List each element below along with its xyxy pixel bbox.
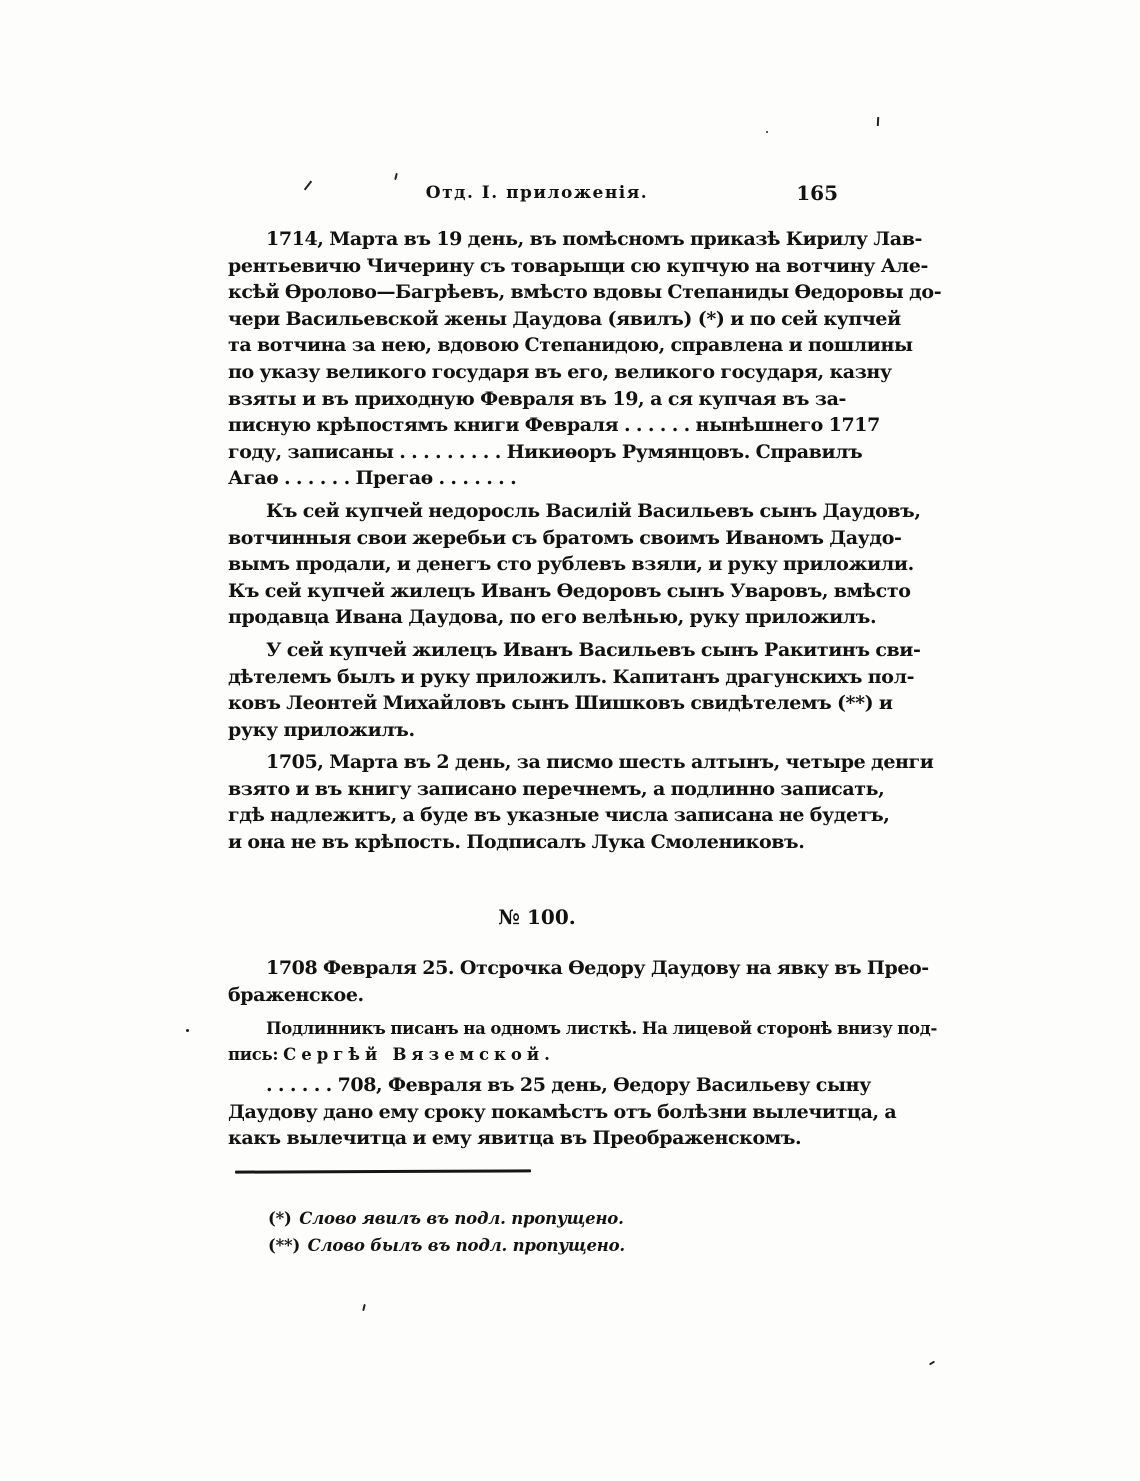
paragraph-fee-1705: 1705, Марта въ 2 день, за писмо шесть ал…	[228, 749, 846, 855]
text-line: дѣтелемъ былъ и руку приложилъ. Капитанъ…	[228, 664, 846, 691]
scan-artifact-margin-dot	[186, 1029, 189, 1032]
text-line: взяты и въ приходную Февраля въ 19, а ся…	[228, 386, 846, 413]
scan-artifact-dot	[766, 131, 768, 133]
text-line: рентьевичю Чичерину съ товарыщи сю купчу…	[228, 253, 846, 280]
text-line: пись: Сергѣй Вяземской.	[228, 1042, 846, 1068]
footnote-2-text-end: въ подл. пропущено.	[422, 1236, 625, 1255]
footnote-separator-rule	[235, 1169, 531, 1173]
text-line: Подлинникъ писанъ на одномъ листкѣ. На л…	[228, 1016, 846, 1042]
paragraph-signatories-1: Къ сей купчей недоросль Василій Васильев…	[228, 498, 846, 631]
paragraph-deed-1714: 1714, Марта въ 19 день, въ помѣсномъ при…	[228, 226, 846, 492]
footnotes-block: (*) Слово явилъ въ подл. пропущено. (**)…	[268, 1205, 846, 1259]
text-line: ковъ Леонтей Михайловъ сынъ Шишковъ свид…	[228, 690, 846, 717]
text-line: взято и въ книгу записано перечнемъ, а п…	[228, 776, 846, 803]
document-100-body: . . . . . . 708, Февраля въ 25 день, Ѳед…	[228, 1072, 846, 1152]
text-line: вымъ продали, и денегъ сто рублевъ взяли…	[228, 551, 846, 578]
signature-name: Сергѣй Вяземской.	[283, 1045, 555, 1064]
text-line: Агаѳ . . . . . . Прегаѳ . . . . . . .	[228, 465, 846, 492]
footnote-1-marker: (*)	[268, 1209, 292, 1228]
text-line: браженское.	[228, 982, 846, 1009]
footnote-1-text: Слово	[294, 1209, 362, 1228]
provenance-line-2-prefix: пись:	[228, 1045, 283, 1064]
provenance-line-1: Подлинникъ писанъ на одномъ листкѣ. На л…	[266, 1019, 937, 1038]
text-line: Даудову дано ему сроку покамѣстъ отъ бол…	[228, 1099, 846, 1126]
scanned-page: Отд. I. приложенія. 165 1714, Марта въ 1…	[0, 0, 1140, 1481]
scan-artifact-dash	[877, 117, 879, 126]
footnote-2: (**) Слово былъ въ подл. пропущено.	[268, 1232, 846, 1259]
text-line: 1708 Февраля 25. Отсрочка Ѳедору Даудову…	[228, 955, 846, 982]
text-line: по указу великого государя въ его, велик…	[228, 359, 846, 386]
document-100-heading: 1708 Февраля 25. Отсрочка Ѳедору Даудову…	[228, 955, 846, 1008]
text-line: вотчинныя свои жеребьи съ братомъ своимъ…	[228, 525, 846, 552]
text-line: У сей купчей жилецъ Иванъ Васильевъ сынъ…	[228, 637, 846, 664]
text-line: какъ вылечитца и ему явитца въ Преображе…	[228, 1125, 846, 1152]
text-line: и она не въ крѣпость. Подписалъ Лука Смо…	[228, 829, 846, 856]
footnote-2-text: Слово	[302, 1236, 370, 1255]
text-line: . . . . . . 708, Февраля въ 25 день, Ѳед…	[228, 1072, 846, 1099]
text-line: ксѣй Ѳролово—Багрѣевъ, вмѣсто вдовы Степ…	[228, 279, 846, 306]
text-line: та вотчина за нею, вдовою Степанидою, сп…	[228, 332, 846, 359]
scan-artifact-speck	[929, 1361, 935, 1366]
text-line: руку приложилъ.	[228, 717, 846, 744]
text-column: 1714, Марта въ 19 день, въ помѣсномъ при…	[228, 0, 846, 1481]
document-number-heading: № 100.	[228, 905, 846, 929]
footnote-1: (*) Слово явилъ въ подл. пропущено.	[268, 1205, 846, 1232]
text-line: году, записаны . . . . . . . . . Никиѳор…	[228, 439, 846, 466]
text-line: писную крѣпостямъ книги Февраля . . . . …	[228, 412, 846, 439]
footnote-2-marker: (**)	[268, 1236, 300, 1255]
footnote-1-emphasis: явилъ	[362, 1209, 421, 1228]
paragraph-witnesses: У сей купчей жилецъ Иванъ Васильевъ сынъ…	[228, 637, 846, 743]
text-line: чери Васильевской жены Даудова (явилъ) (…	[228, 306, 846, 333]
text-line: 1705, Марта въ 2 день, за писмо шесть ал…	[228, 749, 846, 776]
text-line: Къ сей купчей недоросль Василій Васильев…	[228, 498, 846, 525]
provenance-note: Подлинникъ писанъ на одномъ листкѣ. На л…	[228, 1016, 846, 1068]
text-line: 1714, Марта въ 19 день, въ помѣсномъ при…	[228, 226, 846, 253]
footnote-1-text-end: въ подл. пропущено.	[421, 1209, 624, 1228]
text-line: гдѣ надлежитъ, а буде въ указные числа з…	[228, 802, 846, 829]
text-line: продавца Ивана Даудова, по его велѣнью, …	[228, 604, 846, 631]
footnote-2-emphasis: былъ	[370, 1236, 422, 1255]
text-line: Къ сей купчей жилецъ Иванъ Ѳедоровъ сынъ…	[228, 578, 846, 605]
